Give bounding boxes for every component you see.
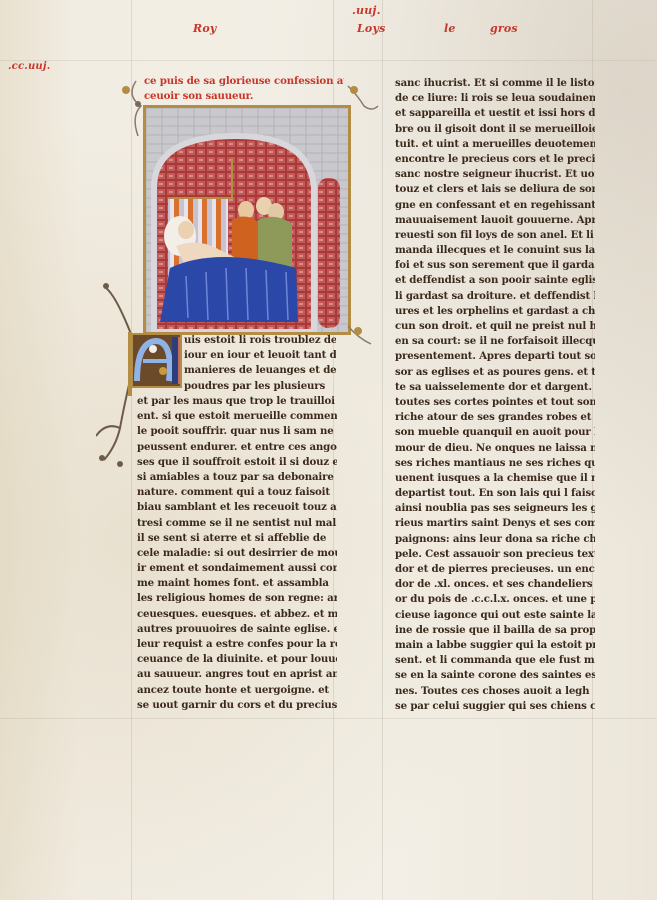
text-line: le pooit souffrir. quar nus li sam ne le bbox=[137, 424, 337, 439]
text-line: ses que il souffroit estoit il si douz e… bbox=[137, 455, 337, 470]
text-line: mour de dieu. Ne onques ne laissa ne bbox=[395, 441, 595, 456]
text-line: ir ement et sondaimement aussi com bbox=[137, 561, 337, 576]
text-line: se en la sainte corone des saintes espi bbox=[395, 668, 595, 683]
text-line: sent. et li commanda que ele fust mi bbox=[395, 653, 595, 668]
text-line: uis estoit li rois troublez de bbox=[184, 333, 336, 348]
folio-number: .uuj. bbox=[352, 4, 381, 17]
text-line: sanc ihucrist. Et si comme il le listoir… bbox=[395, 76, 595, 91]
text-line: peussent endurer. et entre ces angois bbox=[137, 440, 337, 455]
running-title-word: Loys bbox=[357, 22, 385, 35]
chapter-number: .cc.uuj. bbox=[8, 61, 50, 72]
chapter-rubric: ce puis de sa glorieuse confession au re… bbox=[144, 74, 344, 104]
text-line: cele maladie: si out desirrier de mour bbox=[137, 546, 337, 561]
text-line: et par les maus que trop le trauilloi bbox=[137, 394, 337, 409]
text-line: reuesti son fil loys de son anel. Et li … bbox=[395, 228, 595, 243]
text-line: paignons: ains leur dona sa riche cha bbox=[395, 532, 595, 547]
text-line: toutes ses cortes pointes et tout son bbox=[395, 395, 595, 410]
text-line: sor as eglises et as poures gens. et tou bbox=[395, 365, 595, 380]
running-title-word: gros bbox=[490, 22, 518, 35]
text-line: ent. si que estoit merueille comment il bbox=[137, 409, 337, 424]
manuscript-page: .uuj. Roy Loys le gros .cc.uuj. ce puis … bbox=[0, 0, 657, 900]
text-line: et sappareilla et uestit et issi hors de… bbox=[395, 106, 595, 121]
text-line: cun son droit. et quil ne preist nul hom… bbox=[395, 319, 595, 334]
text-line: gne en confessant et en regehissant que bbox=[395, 198, 595, 213]
text-line: pele. Cest assauoir son precieus texte bbox=[395, 547, 595, 562]
text-line: se par celui suggier qui ses chiens cler… bbox=[395, 699, 595, 714]
text-line: rieus martirs saint Denys et ses com bbox=[395, 516, 595, 531]
ruling-line bbox=[0, 60, 657, 61]
text-line: or du pois de .c.c.l.x. onces. et une pr… bbox=[395, 592, 595, 607]
deathbed-scene-icon bbox=[146, 108, 348, 332]
running-title-word: Roy bbox=[193, 22, 216, 35]
text-line: tuit. et uint a merueilles deuotement bbox=[395, 137, 595, 152]
text-line: et deffendist a son pooir sainte eglise … bbox=[395, 273, 595, 288]
text-line: ine de rossie que il bailla de sa propre bbox=[395, 623, 595, 638]
text-line: touz et clers et lais se deliura de son … bbox=[395, 182, 595, 197]
text-line: ainsi noublia pas ses seigneurs les glo bbox=[395, 501, 595, 516]
text-line: au sauueur. angres tout en aprist ans bbox=[137, 667, 337, 682]
text-line: biau samblant et les receuoit touz au bbox=[137, 500, 337, 515]
text-line: de ce liure: li rois se leua soudainemen… bbox=[395, 91, 595, 106]
text-line: nes. Toutes ces choses auoit a legh bbox=[395, 684, 595, 699]
text-line: iour en iour et leuoit tant de bbox=[184, 348, 336, 363]
text-line: se uout garnir du cors et du precius bbox=[137, 698, 337, 713]
text-line: leur requist a estre confes pour la re bbox=[137, 637, 337, 652]
text-line: ancez toute honte et uergoigne. et bbox=[137, 683, 337, 698]
text-line: uenent iusques a la chemise que il ne bbox=[395, 471, 595, 486]
ruling-line bbox=[0, 718, 657, 719]
text-line: autres prouuoires de sainte eglise. et bbox=[137, 622, 337, 637]
text-line: me maint homes font. et assambla bbox=[137, 576, 337, 591]
text-line: te sa uaisselemente dor et dargent. et bbox=[395, 380, 595, 395]
text-line: main a labbe suggier qui la estoit pre bbox=[395, 638, 595, 653]
text-line: bre ou il gisoit dont il se merueilloien… bbox=[395, 122, 595, 137]
text-line: ures et les orphelins et gardast a chas bbox=[395, 304, 595, 319]
rubric-line: ce puis de sa glorieuse confession au re bbox=[144, 74, 344, 89]
text-line: presentement. Apres departi tout son tre bbox=[395, 349, 595, 364]
text-line: cieuse iagonce qui out este sainte la Ro bbox=[395, 608, 595, 623]
text-line: ses riches mantiaus ne ses riches qui bbox=[395, 456, 595, 471]
left-column: et par les maus que trop le trauilloi en… bbox=[137, 394, 337, 713]
rubric-line: ceuoir son sauueur. bbox=[144, 89, 344, 104]
text-line: en sa court: se il ne forfaisoit illecqu… bbox=[395, 334, 595, 349]
ruling-line bbox=[131, 0, 132, 900]
illuminated-initial bbox=[131, 333, 182, 388]
text-line: tresi comme se il ne sentist nul mal. Qu… bbox=[137, 516, 337, 531]
text-line: dor de .xl. onces. et ses chandeliers de… bbox=[395, 577, 595, 592]
right-column: sanc ihucrist. Et si comme il le listoir… bbox=[395, 76, 595, 714]
text-line: son mueble quanquil en auoit pour la bbox=[395, 425, 595, 440]
text-line: manda illecques et le conuint sus la bbox=[395, 243, 595, 258]
text-line: ceuesques. euesques. et abbez. et mais bbox=[137, 607, 337, 622]
text-line: mauuaisement lauoit gouuerne. Apres bbox=[395, 213, 595, 228]
text-line: manieres de leuanges et de bbox=[184, 363, 336, 378]
text-line: sanc nostre seigneur ihucrist. Et uoiant bbox=[395, 167, 595, 182]
text-line: poudres par les plusieurs bbox=[184, 379, 336, 394]
text-line: les religious homes de son regne: ar bbox=[137, 591, 337, 606]
text-line: encontre le precieus cors et le precieus bbox=[395, 152, 595, 167]
text-line: riche atour de ses grandes robes et tout bbox=[395, 410, 595, 425]
illuminated-initial-icon bbox=[133, 335, 180, 386]
text-line: li gardast sa droiture. et deffendist le… bbox=[395, 289, 595, 304]
miniature-illustration bbox=[143, 105, 351, 335]
text-line: foi et sus son serement que il gardast: bbox=[395, 258, 595, 273]
ruling-line bbox=[382, 0, 383, 900]
text-line: dor et de pierres precieuses. un encensi… bbox=[395, 562, 595, 577]
running-title-word: le bbox=[444, 22, 456, 35]
text-line: si amiables a touz par sa debonaire bbox=[137, 470, 337, 485]
left-column-indented: uis estoit li rois troublez de iour en i… bbox=[184, 333, 336, 394]
text-line: departist tout. En son lais qui l faisoi… bbox=[395, 486, 595, 501]
text-line: nature. comment qui a touz faisoit bbox=[137, 485, 337, 500]
text-line: ceuance de la diuinite. et pour louuer bbox=[137, 652, 337, 667]
text-line: il se sent si aterre et si affeblie de bbox=[137, 531, 337, 546]
